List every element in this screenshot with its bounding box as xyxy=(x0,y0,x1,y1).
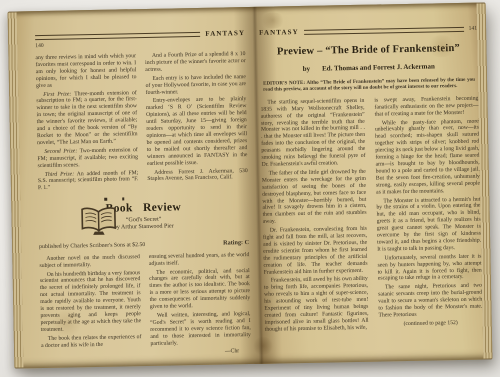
ornament-square-icon xyxy=(122,198,125,201)
page-number: 141 xyxy=(469,26,478,32)
left-page: FANTASY 140 any three reviews in mind wi… xyxy=(17,7,262,369)
paragraph: Frankenstein, still awed by his own abil… xyxy=(264,276,369,333)
paragraph: And a Fourth Prize of a splendid 8 x 10 … xyxy=(145,51,246,74)
book-review-meta: published by Charles Scribner's Sons at … xyxy=(39,239,249,250)
ornament-square-icon xyxy=(104,198,107,201)
paragraph: While the pasty-face phantom, more unbel… xyxy=(375,118,480,196)
review-columns: Another novel on the much discussed subj… xyxy=(39,252,251,361)
paragraph: The startling sequel-scientifilm opens i… xyxy=(260,98,365,169)
book-review-heading: Book Review xyxy=(38,200,248,216)
publisher-line: published by Charles Scribner's Sons at … xyxy=(39,242,145,250)
magazine-spread: FANTASY 140 any three reviews in mind wi… xyxy=(8,2,493,368)
right-page: FANTASY 141 Preview – “The Bride of Fran… xyxy=(255,3,484,364)
review-column-2: ensuing several hundred years, as the wo… xyxy=(149,252,251,359)
paragraph: The book then relates the experiences of… xyxy=(41,334,142,350)
left-column-2: And a Fourth Prize of a splendid 8 x 10 … xyxy=(145,51,248,192)
paragraph: Second Prize: Two-month extension of FM;… xyxy=(37,147,138,170)
byline-authors: Ed. Thomas and Forrest J. Ackerman xyxy=(322,62,435,72)
right-running-head: FANTASY 141 xyxy=(259,25,477,37)
article-columns: The startling sequel-scientifilm opens i… xyxy=(260,95,482,335)
paragraph: is swept away, Frankenstein becoming fan… xyxy=(374,95,478,118)
paragraph: Another novel on the much discussed subj… xyxy=(39,254,140,270)
double-rule xyxy=(304,26,464,34)
running-title: FANTASY xyxy=(205,29,245,38)
signature-text: —Chr xyxy=(151,348,252,357)
rating-label: Rating: C xyxy=(223,239,249,246)
page-number: 140 xyxy=(35,39,245,49)
paragraph: Third Prize: An added month of FM; S.S. … xyxy=(38,170,139,193)
paragraph: The economic, political, and social chan… xyxy=(149,268,250,311)
paragraph: The same night, Pretorious and two satan… xyxy=(378,283,483,320)
paragraph: Each entry is to have included the name … xyxy=(145,74,246,97)
article-column-1: The startling sequel-scientifilm opens i… xyxy=(260,98,369,336)
prize-label: Second Prize: xyxy=(44,148,77,155)
right-page-content: FANTASY 141 Preview – “The Bride of Fran… xyxy=(259,25,483,336)
paragraph: any three reviews in mind with which you… xyxy=(35,53,136,89)
left-column-1: any three reviews in mind with which you… xyxy=(35,53,138,194)
byline-prefix: by xyxy=(303,65,311,73)
continued-note: (continued to page 152) xyxy=(379,319,483,328)
paragraph: Entry-envelopes are to be plainly marked… xyxy=(146,96,248,167)
photo-background: FANTASY 140 any three reviews in mind wi… xyxy=(0,0,500,377)
paragraph: On his hundredth birthday a very famous … xyxy=(40,270,142,334)
article-column-2: is swept away, Frankenstein becoming fan… xyxy=(374,95,483,333)
double-rule xyxy=(35,31,200,39)
open-book-icon xyxy=(80,205,117,236)
review-column-1: Another novel on the much discussed subj… xyxy=(39,254,141,361)
paragraph: The Monster is attracted to a hermit's h… xyxy=(376,196,481,253)
paragraph: Well written, interesting, and logical, … xyxy=(150,311,251,347)
paragraph: The father of the little girl drowned by… xyxy=(262,169,367,226)
article-byline: by Ed. Thomas and Forrest J. Ackerman xyxy=(260,62,478,74)
running-title: FANTASY xyxy=(259,28,299,37)
paragraph: First Prize: Three-month extension of su… xyxy=(36,90,138,147)
paragraph: Address Forrest J. Ackerman, 530 Staples… xyxy=(147,168,248,184)
editors-note: EDITOR'S NOTE: Altho “The Bride of Frank… xyxy=(260,77,478,94)
paragraph: ensuing several hundred years, as the wo… xyxy=(149,252,250,268)
paragraph: Unfortunately, several months later it i… xyxy=(377,253,482,283)
book-review-header: Book Review “God's Secret” by Arthur Sta… xyxy=(38,200,249,239)
paragraph-text: Three-month extension of subscription to… xyxy=(36,90,137,146)
article-title: Preview – “The Bride of Frankenstein” xyxy=(259,43,477,58)
left-page-content: FANTASY 140 any three reviews in mind wi… xyxy=(35,29,251,360)
paragraph: Dr. Frankenstein, convalescing from his … xyxy=(263,226,368,276)
reviewer-signature: —Chr xyxy=(151,348,252,357)
contest-columns: any three reviews in mind with which you… xyxy=(35,51,248,194)
